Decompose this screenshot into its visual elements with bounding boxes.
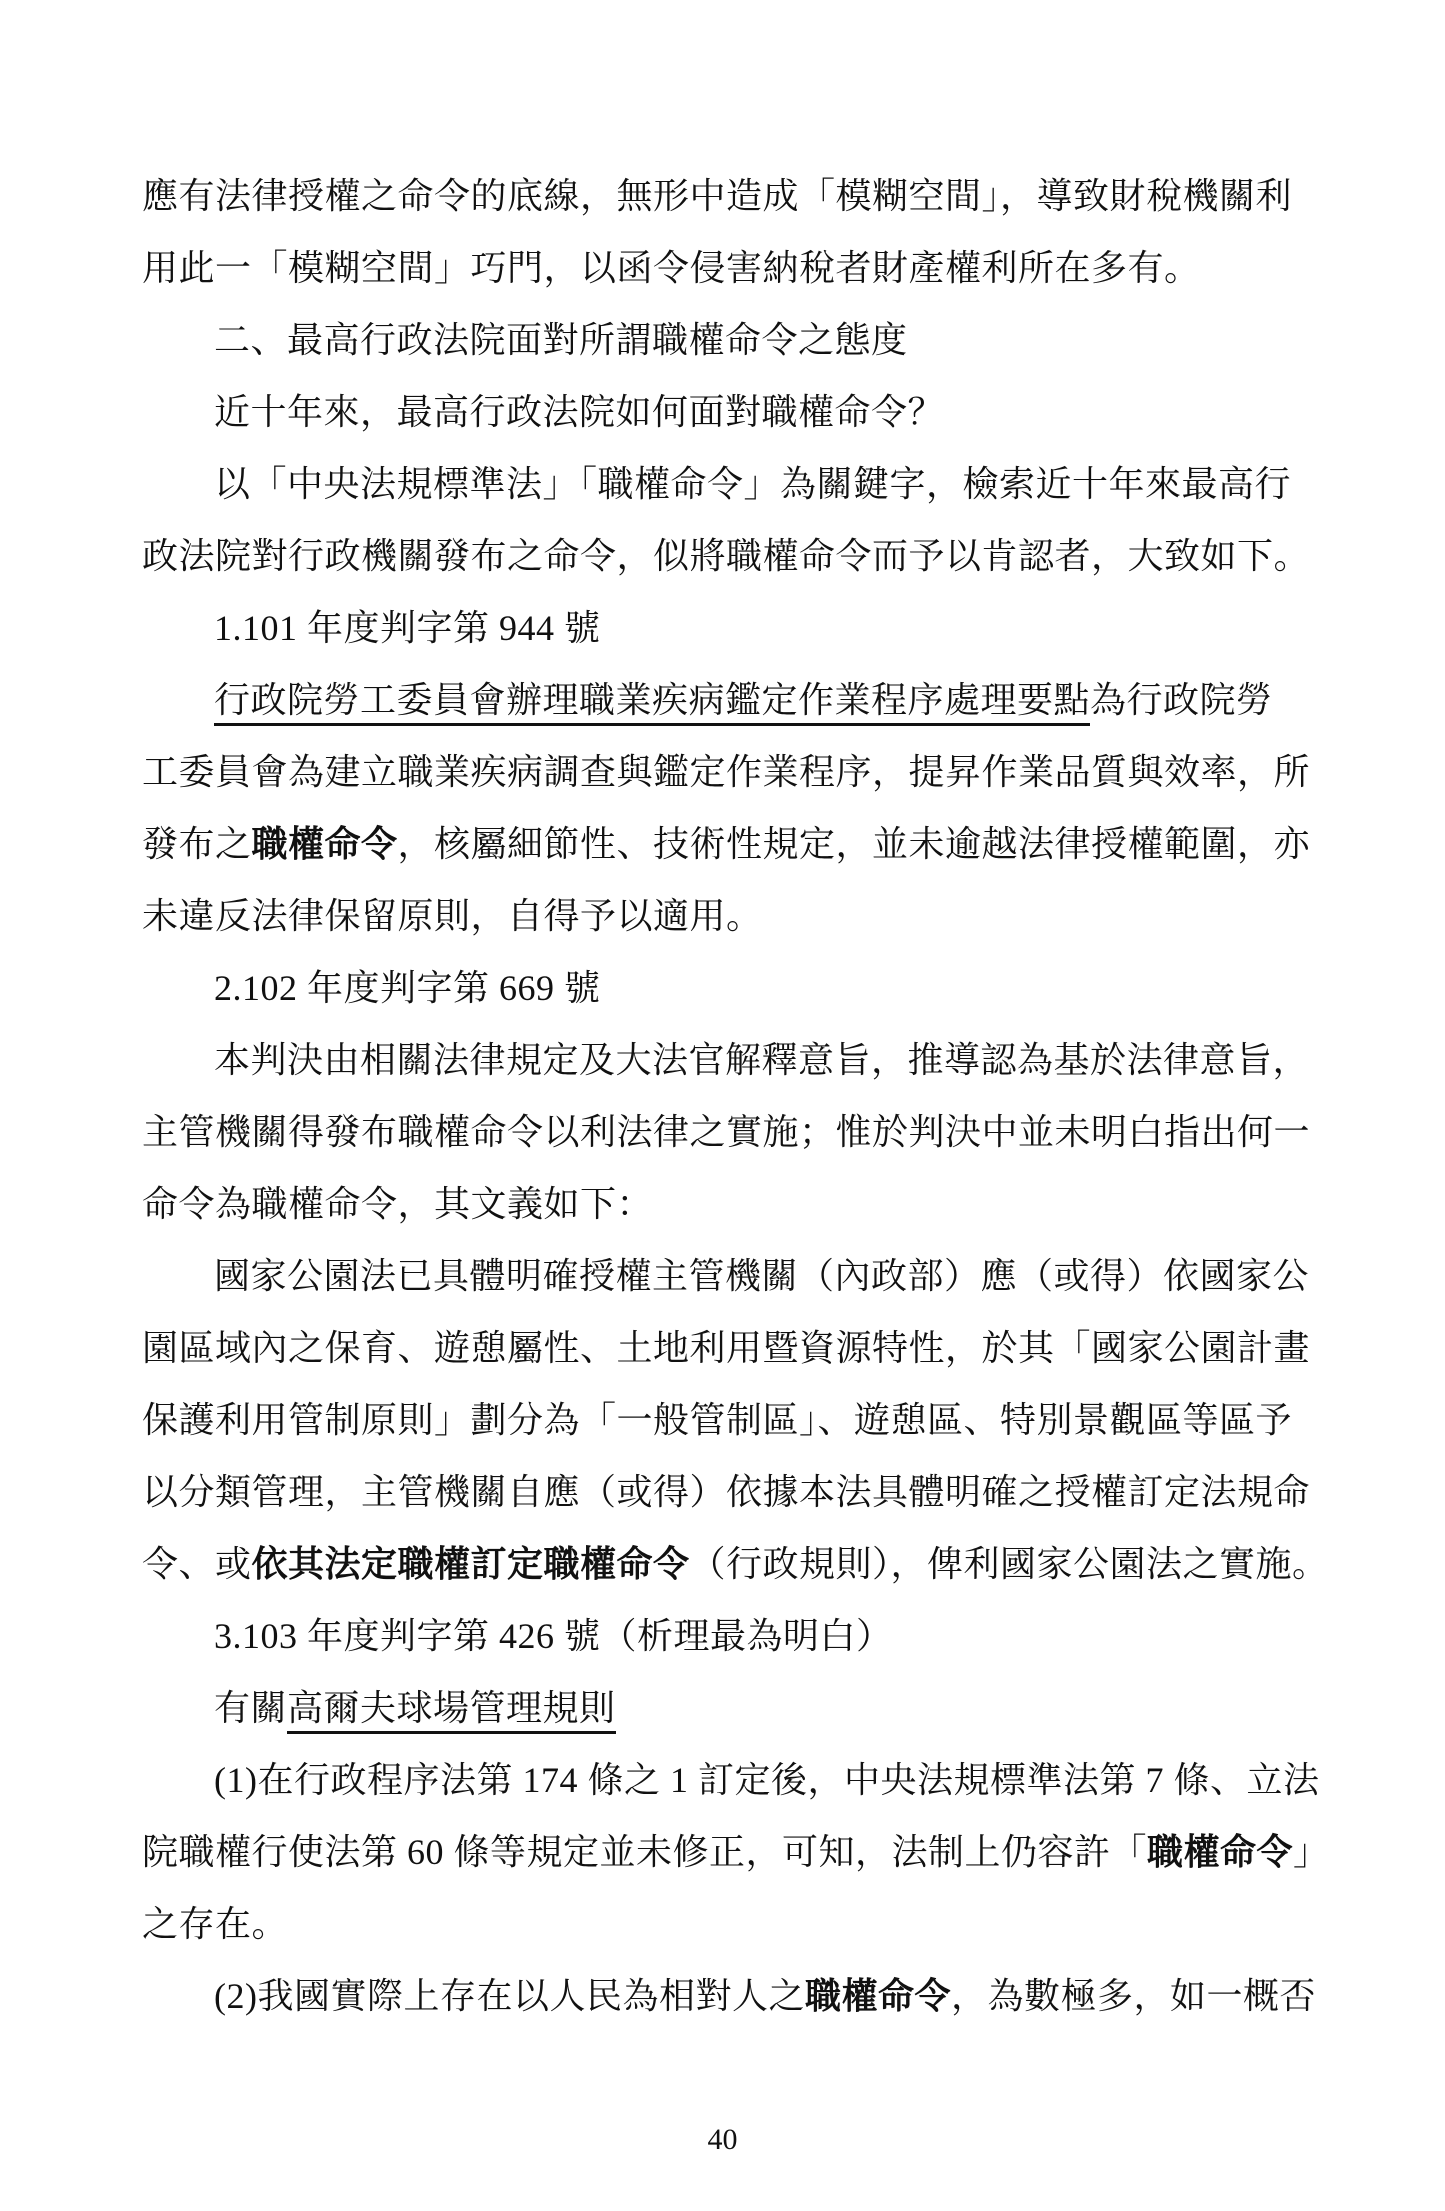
text-line: 命令為職權命令，其文義如下： [142, 1168, 1308, 1240]
text-line: 園區域內之保育、遊憩屬性、土地利用暨資源特性，於其「國家公園計畫 [142, 1312, 1308, 1384]
text-segment: 有關 [214, 1688, 287, 1728]
text-segment: 二、最高行政法院面對所謂職權命令之態度 [214, 320, 908, 360]
text-segment: 本判決由相關法律規定及大法官解釋意旨，推導認為基於法律意旨， [214, 1040, 1309, 1080]
text-line: 近十年來，最高行政法院如何面對職權命令？ [142, 376, 1308, 448]
text-segment: （行政規則），俾利國家公園法之實施。 [690, 1544, 1329, 1584]
text-segment: ，為數極多，如一概否 [951, 1976, 1316, 2016]
text-segment: ，核屬細節性、技術性規定，並未逾越法律授權範圍，亦 [398, 824, 1311, 864]
bold-text: 職權命令 [252, 824, 398, 864]
text-line: (2)我國實際上存在以人民為相對人之職權命令，為數極多，如一概否 [142, 1960, 1308, 2032]
text-segment: 以「中央法規標準法」「職權命令」為關鍵字，檢索近十年來最高行 [214, 464, 1291, 504]
underlined-text: 行政院勞工委員會辦理職業疾病鑑定作業程序處理要點 [214, 680, 1090, 726]
text-segment: 國家公園法已具體明確授權主管機關（內政部）應（或得）依國家公 [214, 1256, 1309, 1296]
text-line: 發布之職權命令，核屬細節性、技術性規定，並未逾越法律授權範圍，亦 [142, 808, 1308, 880]
text-line: 政法院對行政機關發布之命令，似將職權命令而予以肯認者，大致如下。 [142, 520, 1308, 592]
text-line: 以「中央法規標準法」「職權命令」為關鍵字，檢索近十年來最高行 [142, 448, 1308, 520]
text-segment: 3.103 年度判字第 426 號（析理最為明白） [214, 1616, 893, 1656]
text-segment: 政法院對行政機關發布之命令，似將職權命令而予以肯認者，大致如下。 [142, 536, 1310, 576]
text-segment: 命令為職權命令，其文義如下： [142, 1184, 653, 1224]
text-segment: 發布之 [142, 824, 252, 864]
text-line: 有關高爾夫球場管理規則 [142, 1672, 1308, 1744]
document-body: 應有法律授權之命令的底線，無形中造成「模糊空間」，導致財稅機關利用此一「模糊空間… [142, 160, 1308, 2032]
document-page: 應有法律授權之命令的底線，無形中造成「模糊空間」，導致財稅機關利用此一「模糊空間… [0, 0, 1445, 2211]
text-segment: 保護利用管制原則」劃分為「一般管制區」、遊憩區、特別景觀區等區予 [142, 1400, 1292, 1440]
text-segment: 主管機關得發布職權命令以利法律之實施；惟於判決中並未明白指出何一 [142, 1112, 1310, 1152]
text-segment: 應有法律授權之命令的底線，無形中造成「模糊空間」，導致財稅機關利 [142, 176, 1292, 216]
text-segment: 近十年來，最高行政法院如何面對職權命令？ [214, 392, 944, 432]
bold-text: 職權命令 [1147, 1832, 1293, 1872]
text-segment: 之存在。 [142, 1904, 288, 1944]
text-line: 用此一「模糊空間」巧門，以函令侵害納稅者財產權利所在多有。 [142, 232, 1308, 304]
page-number: 40 [0, 2120, 1445, 2160]
text-segment: 為行政院勞 [1090, 680, 1273, 720]
text-segment: 用此一「模糊空間」巧門，以函令侵害納稅者財產權利所在多有。 [142, 248, 1201, 288]
text-segment: 1.101 年度判字第 944 號 [214, 608, 601, 648]
text-line: 1.101 年度判字第 944 號 [142, 592, 1308, 664]
text-segment: (1)在行政程序法第 174 條之 1 訂定後，中央法規標準法第 7 條、立法 [214, 1760, 1319, 1800]
text-line: 院職權行使法第 60 條等規定並未修正，可知，法制上仍容許「職權命令」 [142, 1816, 1308, 1888]
text-line: 應有法律授權之命令的底線，無形中造成「模糊空間」，導致財稅機關利 [142, 160, 1308, 232]
text-line: 之存在。 [142, 1888, 1308, 1960]
text-segment: (2)我國實際上存在以人民為相對人之 [214, 1976, 805, 2016]
text-segment: 以分類管理，主管機關自應（或得）依據本法具體明確之授權訂定法規命 [142, 1472, 1310, 1512]
text-segment: 園區域內之保育、遊憩屬性、土地利用暨資源特性，於其「國家公園計畫 [142, 1328, 1310, 1368]
bold-text: 職權命令 [805, 1976, 951, 2016]
text-line: 國家公園法已具體明確授權主管機關（內政部）應（或得）依國家公 [142, 1240, 1308, 1312]
text-line: 行政院勞工委員會辦理職業疾病鑑定作業程序處理要點為行政院勞 [142, 664, 1308, 736]
text-line: 本判決由相關法律規定及大法官解釋意旨，推導認為基於法律意旨， [142, 1024, 1308, 1096]
text-line: 以分類管理，主管機關自應（或得）依據本法具體明確之授權訂定法規命 [142, 1456, 1308, 1528]
text-segment: 2.102 年度判字第 669 號 [214, 968, 601, 1008]
text-segment: 工委員會為建立職業疾病調查與鑑定作業程序，提昇作業品質與效率，所 [142, 752, 1310, 792]
text-line: 工委員會為建立職業疾病調查與鑑定作業程序，提昇作業品質與效率，所 [142, 736, 1308, 808]
text-line: 未違反法律保留原則，自得予以適用。 [142, 880, 1308, 952]
text-segment: 」 [1293, 1832, 1330, 1872]
text-line: 3.103 年度判字第 426 號（析理最為明白） [142, 1600, 1308, 1672]
text-line: (1)在行政程序法第 174 條之 1 訂定後，中央法規標準法第 7 條、立法 [142, 1744, 1308, 1816]
bold-text: 依其法定職權訂定職權命令 [252, 1544, 690, 1584]
underlined-text: 高爾夫球場管理規則 [287, 1688, 616, 1734]
text-line: 保護利用管制原則」劃分為「一般管制區」、遊憩區、特別景觀區等區予 [142, 1384, 1308, 1456]
text-line: 2.102 年度判字第 669 號 [142, 952, 1308, 1024]
text-segment: 未違反法律保留原則，自得予以適用。 [142, 896, 763, 936]
text-segment: 院職權行使法第 60 條等規定並未修正，可知，法制上仍容許「 [142, 1832, 1147, 1872]
text-line: 二、最高行政法院面對所謂職權命令之態度 [142, 304, 1308, 376]
text-segment: 令、或 [142, 1544, 252, 1584]
text-line: 主管機關得發布職權命令以利法律之實施；惟於判決中並未明白指出何一 [142, 1096, 1308, 1168]
text-line: 令、或依其法定職權訂定職權命令（行政規則），俾利國家公園法之實施。 [142, 1528, 1308, 1600]
